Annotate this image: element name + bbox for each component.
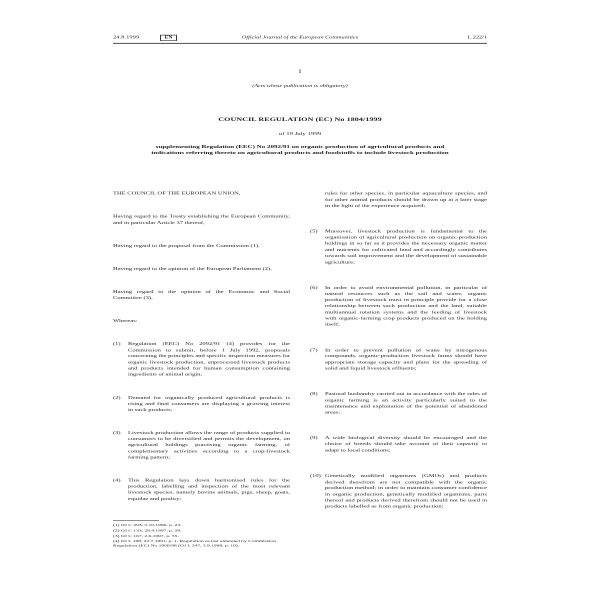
recital: (9) A wide biological diversity should b… (310, 435, 487, 453)
footnotes-block: (1) OJ C 293, 5.10.1996, p. 23. (2) OJ C… (113, 520, 290, 549)
header-date: 24.8.1999 (113, 35, 139, 40)
recital: (8) Pastoral husbandry carried out in ac… (310, 391, 487, 415)
publication-note: (Acts whose publication is obligatory) (113, 83, 487, 88)
footnote: (4) OJ L 198, 22.7.1991, p. 1. Regulatio… (113, 539, 290, 548)
preamble-right-column: rules for other species, in particular a… (310, 190, 487, 529)
recital: (6) In order to avoid environmental poll… (310, 285, 487, 328)
recital-number: (2) (113, 394, 128, 412)
recital-number: (6) (310, 285, 325, 328)
citation-treaty: Having regard to the Treaty establishing… (113, 213, 290, 225)
footnote-rule (113, 520, 159, 521)
footnote: (1) OJ C 293, 5.10.1996, p. 23. (113, 523, 290, 528)
recital-number: (4) (113, 477, 128, 501)
recital: (5) Moreover, livestock production is fu… (310, 228, 487, 265)
regulation-title: COUNCIL REGULATION (EC) No 1804/1999 (113, 117, 487, 123)
recital-number: (5) (310, 228, 325, 265)
regulation-subtitle: supplementing Regulation (EEC) No 2092/9… (150, 144, 450, 155)
language-badge: EN (160, 35, 177, 41)
footnote: (3) OJ C 167, 2.6.1997, p. 55. (113, 534, 290, 539)
citation-parliament-opinion: Having regard to the opinion of the Euro… (113, 266, 290, 272)
regulation-date-line: of 19 July 1999 (113, 131, 487, 136)
recital-text: Genetically modified organisms (GMOs) an… (325, 473, 487, 510)
recital-text: Demand for organically produced agricult… (128, 394, 290, 412)
scanned-page: 24.8.1999 EN Official Journal of the Eur… (0, 0, 600, 600)
recital: (7) In order to prevent pollution of wat… (310, 347, 487, 371)
recital: (1) Regulation (EEC) No 2092/91 (4) prov… (113, 341, 290, 378)
recital-text: Pastoral husbandry carried out in accord… (325, 391, 487, 415)
recital-number: (7) (310, 347, 325, 371)
recital: (4) This Regulation lays down harmonised… (113, 477, 290, 501)
journal-title: Official Journal of the European Communi… (242, 35, 358, 40)
page-header: 24.8.1999 EN Official Journal of the Eur… (113, 27, 487, 44)
recital-text: Regulation (EEC) No 2092/91 (4) provides… (128, 341, 290, 378)
preamble-left-column: THE COUNCIL OF THE EUROPEAN UNION, Havin… (113, 190, 290, 518)
recital: (3) Livestock production allows the rang… (113, 430, 290, 461)
footnote: (2) OJ C 133, 28.4.1997, p. 29. (113, 528, 290, 533)
recital-text: In order to prevent pollution of water b… (325, 347, 487, 371)
recital-number: (10) (310, 473, 325, 510)
whereas-label: Whereas: (113, 318, 290, 324)
recital-number: (8) (310, 391, 325, 415)
citation-esc-opinion: Having regard to the opinion of the Econ… (113, 289, 290, 301)
recital-number: (1) (113, 341, 128, 378)
recital-number: (3) (113, 430, 128, 461)
recital-text: Livestock production allows the range of… (128, 430, 290, 461)
recital-continuation: rules for other species, in particular a… (325, 190, 487, 208)
section-numeral: I (113, 69, 487, 75)
official-journal-page: 24.8.1999 EN Official Journal of the Eur… (0, 0, 600, 600)
recital-text: Moreover, livestock production is fundam… (325, 228, 487, 265)
citation-commission-proposal: Having regard to the proposal from the C… (113, 243, 290, 249)
recital: (10) Genetically modified organisms (GMO… (310, 473, 487, 510)
recital-text: This Regulation lays down harmonised rul… (128, 477, 290, 501)
recital-number: (9) (310, 435, 325, 453)
recital-text: In order to avoid environmental pollutio… (325, 285, 487, 328)
recital: (2) Demand for organically produced agri… (113, 394, 290, 412)
page-number: L 222/1 (468, 35, 487, 40)
council-line: THE COUNCIL OF THE EUROPEAN UNION, (113, 190, 290, 196)
recital-text: A wide biological diversity should be en… (325, 435, 487, 453)
